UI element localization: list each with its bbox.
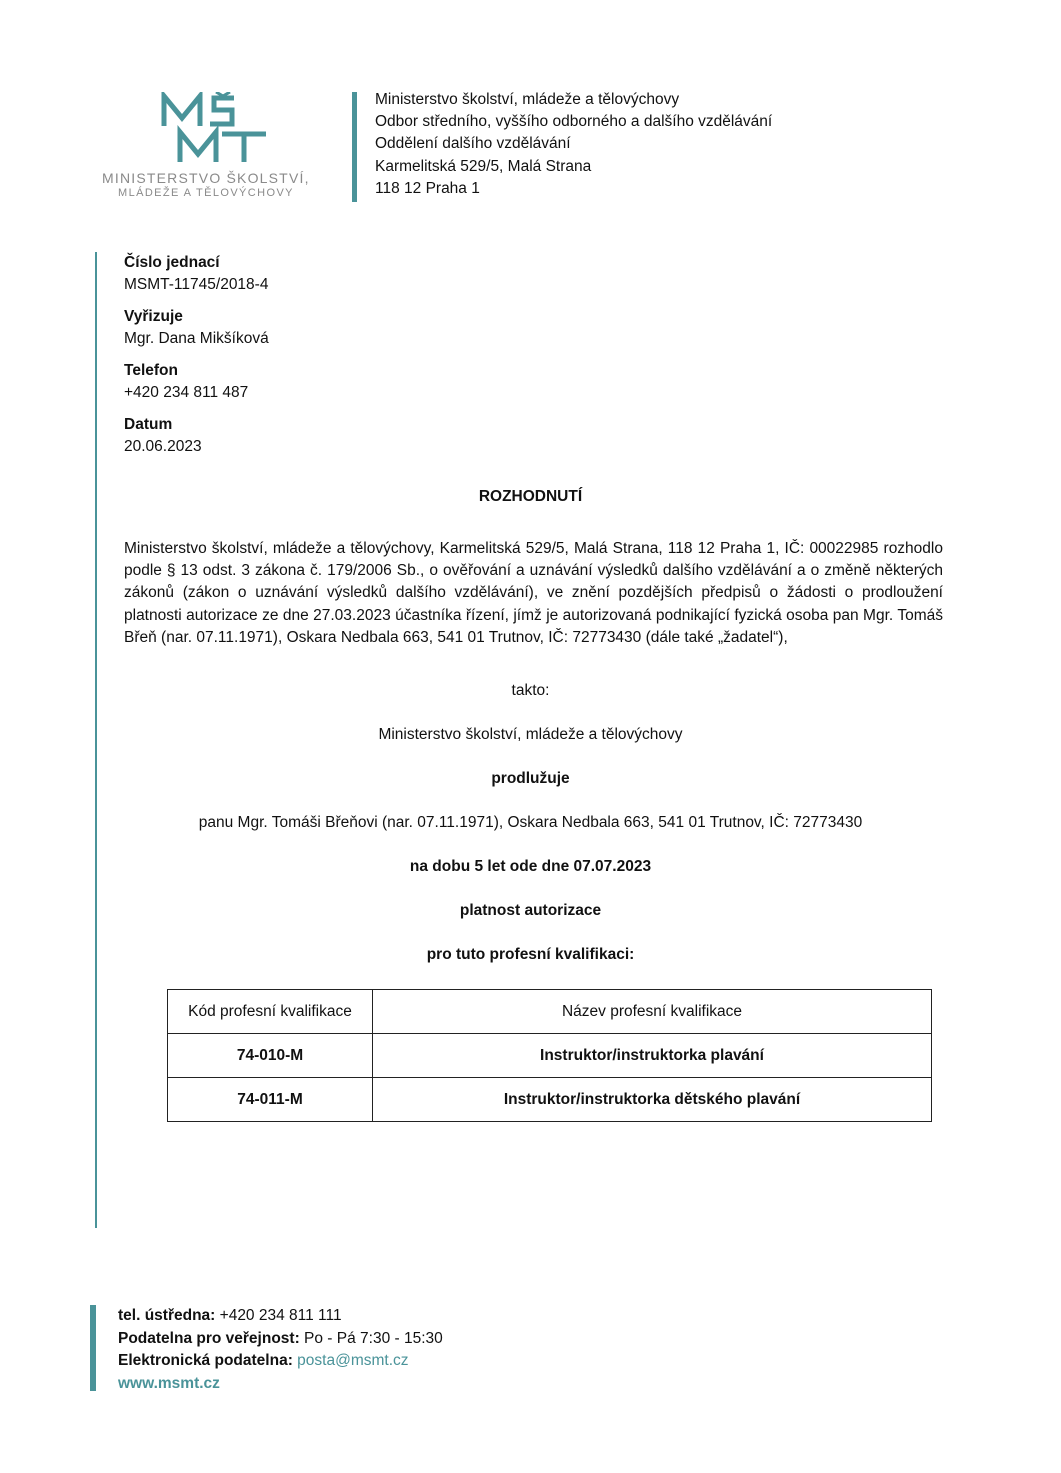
logo-text-line2: MLÁDEŽE A TĚLOVÝCHOVY <box>118 187 338 199</box>
header-divider-bar <box>352 92 357 202</box>
header-line: Ministerstvo školství, mládeže a tělovýc… <box>375 89 772 111</box>
table-row: 74-011-M Instruktor/instruktorka dětskéh… <box>168 1078 932 1122</box>
qualification-name: Instruktor/instruktorka plavání <box>373 1034 932 1078</box>
qualification-code: 74-011-M <box>168 1078 373 1122</box>
handled-by: Vyřizuje Mgr. Dana Mikšíková <box>124 306 269 350</box>
telephone: Telefon +420 234 811 487 <box>124 360 269 404</box>
ministry-logo: MINISTERSTVO ŠKOLSTVÍ, MLÁDEŽE A TĚLOVÝC… <box>98 92 338 202</box>
takto-text: takto: <box>0 682 1061 700</box>
ministry-address-block: Ministerstvo školství, mládeže a tělovýc… <box>375 89 772 200</box>
subject-text: platnost autorizace <box>0 902 1061 920</box>
date: Datum 20.06.2023 <box>124 414 269 458</box>
decision-paragraph: Ministerstvo školství, mládeže a tělovýc… <box>124 538 943 649</box>
header-line: Odbor středního, vyššího odborného a dal… <box>375 111 772 133</box>
email-link[interactable]: posta@msmt.cz <box>297 1352 408 1369</box>
decision-verb: prodlužuje <box>0 770 1061 788</box>
website-link[interactable]: www.msmt.cz <box>118 1373 443 1396</box>
footer-phone: tel. ústředna: +420 234 811 111 <box>118 1305 443 1328</box>
recipient-text: panu Mgr. Tomáši Břeňovi (nar. 07.11.197… <box>0 814 1061 832</box>
qualification-name: Instruktor/instruktorka dětského plavání <box>373 1078 932 1122</box>
footer-contact: tel. ústředna: +420 234 811 111 Podateln… <box>118 1305 443 1395</box>
header-line: Karmelitská 529/5, Malá Strana <box>375 156 772 178</box>
column-header-code: Kód profesní kvalifikace <box>168 990 373 1034</box>
msmt-logo-mark-icon <box>158 92 278 164</box>
qualification-table: Kód profesní kvalifikace Název profesní … <box>167 989 932 1122</box>
footer-email: Elektronická podatelna: posta@msmt.cz <box>118 1350 443 1373</box>
footer-hours: Podatelna pro veřejnost: Po - Pá 7:30 - … <box>118 1328 443 1351</box>
table-header-row: Kód profesní kvalifikace Název profesní … <box>168 990 932 1034</box>
header-line: Oddělení dalšího vzdělávání <box>375 133 772 155</box>
qualification-intro: pro tuto profesní kvalifikaci: <box>0 946 1061 964</box>
logo-text-line1: MINISTERSTVO ŠKOLSTVÍ, <box>102 170 338 186</box>
validity-period: na dobu 5 let ode dne 07.07.2023 <box>0 858 1061 876</box>
header-line: 118 12 Praha 1 <box>375 178 772 200</box>
document-title: ROZHODNUTÍ <box>0 488 1061 506</box>
column-header-name: Název profesní kvalifikace <box>373 990 932 1034</box>
reference-number: Číslo jednací MSMT-11745/2018-4 <box>124 252 269 296</box>
qualification-code: 74-010-M <box>168 1034 373 1078</box>
footer-divider-bar <box>90 1305 96 1391</box>
ministry-name-text: Ministerstvo školství, mládeže a tělovýc… <box>0 726 1061 744</box>
table-row: 74-010-M Instruktor/instruktorka plavání <box>168 1034 932 1078</box>
reference-block: Číslo jednací MSMT-11745/2018-4 Vyřizuje… <box>124 252 269 468</box>
